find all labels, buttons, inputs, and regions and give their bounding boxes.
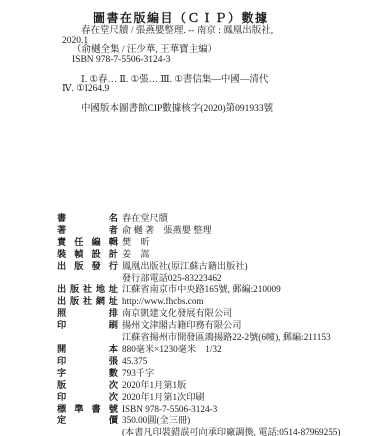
field-label (57, 273, 118, 285)
field-value: 鳳凰出版社(原江蘇古籍出版社) (122, 261, 248, 273)
field-label: 字數 (57, 368, 118, 380)
table-row: 照排 南京凱建文化發展有限公司 (57, 308, 340, 320)
field-label: 開本 (57, 344, 118, 356)
field-value: 2020年1月第1版 (122, 380, 186, 392)
field-value: 俞 樾 著 張燕嬰 整理 (122, 225, 212, 237)
field-value-note: (本書凡印裝錯誤可向承印廠調換, 電話:0514-87969255) (122, 427, 340, 436)
table-row: 著者 俞 樾 著 張燕嬰 整理 (57, 225, 340, 237)
field-value: 姜 嵩 (122, 249, 150, 261)
table-row: 責任編輯 樊 昕 (57, 237, 340, 249)
field-value: ISBN 978-7-5506-3124-3 (122, 404, 217, 416)
field-value: 樊 昕 (122, 237, 150, 249)
table-row: 字數 793千字 (57, 368, 340, 380)
field-label (57, 332, 118, 344)
field-value-website: http://www.fhcbs.com (122, 296, 204, 308)
table-row: 出版發行 鳳凰出版社(原江蘇古籍出版社) (57, 261, 340, 273)
table-row: (本書凡印裝錯誤可向承印廠調換, 電話:0514-87969255) (57, 427, 340, 436)
field-label: 印刷 (57, 320, 118, 332)
field-label: 定價 (57, 415, 118, 427)
field-value: 880毫米×1230毫米 1/32 (122, 344, 222, 356)
field-label: 出版社地址 (57, 284, 118, 296)
table-row: 裝幀設計 姜 嵩 (57, 249, 340, 261)
cip-line-isbn: ISBN 978-7-5506-3124-3 (62, 56, 320, 66)
cip-line-record-number: 中國版本圖書館CIP數據核字(2020)第091933號 (62, 105, 320, 115)
table-row: 江蘇省揚州市開發區鴻揚路22-2號(6幢), 郵編:211153 (57, 332, 340, 344)
table-row: 版次 2020年1月第1版 (57, 380, 340, 392)
copyright-page: { "page": { "background": "#ffffff", "te… (0, 0, 375, 436)
cip-record: 春在堂尺牘 / 張燕嬰整理. -- 南京 : 鳳凰出版社, 2020.1 （俞樾… (62, 27, 320, 114)
page: 圖書在版編目（ＣＩＰ）數據 春在堂尺牘 / 張燕嬰整理. -- 南京 : 鳳凰出… (0, 0, 375, 436)
field-value: 發行部電話025-83223462 (122, 273, 222, 285)
table-row: 發行部電話025-83223462 (57, 273, 340, 285)
field-label (57, 427, 118, 436)
field-label: 印次 (57, 392, 118, 404)
table-row: 印張 45.375 (57, 356, 340, 368)
field-value: 2020年1月第1次印刷 (122, 392, 205, 404)
field-label: 版次 (57, 380, 118, 392)
cip-line-class-number: Ⅳ. ①I264.9 (62, 85, 320, 95)
field-label: 出版發行 (57, 261, 118, 273)
field-label: 印張 (57, 356, 118, 368)
field-value: 江蘇省揚州市開發區鴻揚路22-2號(6幢), 郵編:211153 (122, 332, 331, 344)
field-label: 裝幀設計 (57, 249, 118, 261)
field-label: 照排 (57, 308, 118, 320)
field-label: 出版社網址 (57, 296, 118, 308)
field-value: 揚州文津閣古籍印務有限公司 (122, 320, 241, 332)
field-value: 793千字 (122, 368, 154, 380)
field-value: 春在堂尺牘 (122, 213, 168, 225)
table-row: 定價 350.00圓(全三冊) (57, 415, 340, 427)
field-label: 書名 (57, 213, 118, 225)
cip-heading: 圖書在版編目（ＣＩＰ）數據 (93, 9, 269, 26)
field-label: 責任編輯 (57, 237, 118, 249)
field-value: 45.375 (122, 356, 147, 368)
table-row: 出版社網址 http://www.fhcbs.com (57, 296, 340, 308)
table-row: 標準書號 ISBN 978-7-5506-3124-3 (57, 404, 340, 416)
field-value: 江蘇省南京市中央路165號, 郵編:210009 (122, 284, 281, 296)
colophon-table: 書名 春在堂尺牘 著者 俞 樾 著 張燕嬰 整理 責任編輯 樊 昕 裝幀設計 姜… (57, 213, 340, 436)
field-value: 南京凱建文化發展有限公司 (122, 308, 232, 320)
table-row: 出版社地址 江蘇省南京市中央路165號, 郵編:210009 (57, 284, 340, 296)
field-label: 標準書號 (57, 404, 118, 416)
field-value: 350.00圓(全三冊) (122, 415, 190, 427)
table-row: 書名 春在堂尺牘 (57, 213, 340, 225)
table-row: 開本 880毫米×1230毫米 1/32 (57, 344, 340, 356)
cip-line-title-statement: 春在堂尺牘 / 張燕嬰整理. -- 南京 : 鳳凰出版社, (62, 27, 320, 37)
table-row: 印次 2020年1月第1次印刷 (57, 392, 340, 404)
field-label: 著者 (57, 225, 118, 237)
table-row: 印刷 揚州文津閣古籍印務有限公司 (57, 320, 340, 332)
